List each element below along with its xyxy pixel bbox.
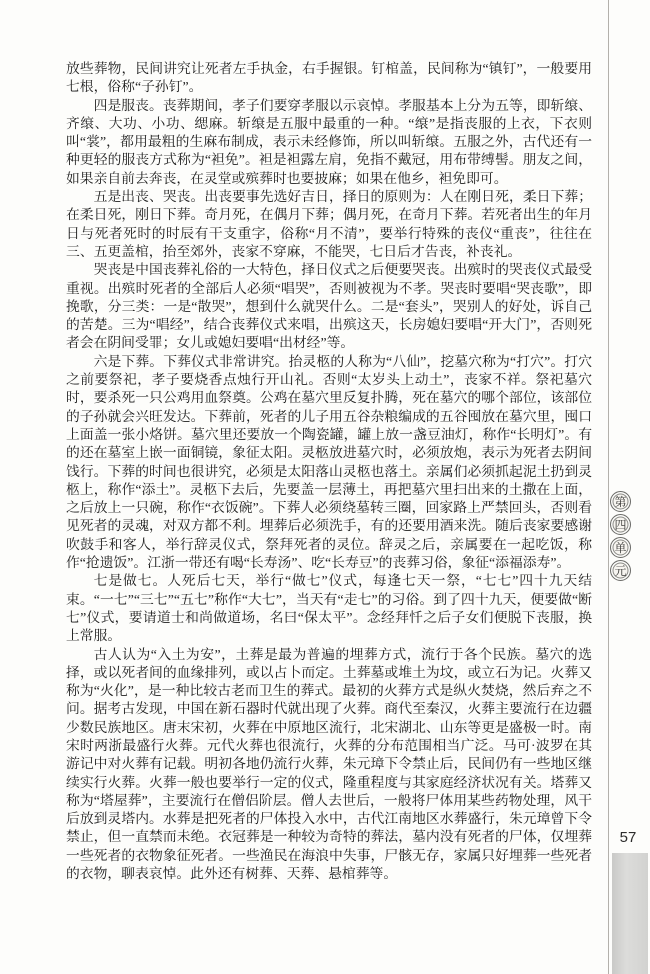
page-number: 57 <box>612 829 644 846</box>
margin-band <box>612 853 648 974</box>
paragraph: 放些葬物，民间讲究让死者左手执金，右手握银。钉棺盖，民间称为“镇钉”，一般要用七… <box>66 60 592 97</box>
unit-seal-icon: 第 <box>610 491 631 512</box>
unit-tab: 第 四 单 元 <box>610 491 632 583</box>
paragraph: 六是下葬。下葬仪式非常讲究。抬灵柩的人称为“八仙”，挖墓穴称为“打穴”。打穴之前… <box>66 353 592 573</box>
paragraph: 古人认为“入土为安”，土葬是最为普遍的埋葬方式，流行于各个民族。墓穴的选择，或以… <box>66 646 592 884</box>
unit-seal-icon: 元 <box>610 560 631 581</box>
paragraph: 五是出丧、哭丧。出丧要事先选好吉日，择日的原则为：人在刚日死，柔日下葬；在柔日死… <box>66 188 592 261</box>
paragraph: 七是做七。人死后七天，举行“做七”仪式，每逢七天一祭，“七七”四十九天结束。“一… <box>66 572 592 645</box>
body-text: 放些葬物，民间讲究让死者左手执金，右手握银。钉棺盖，民间称为“镇钉”，一般要用七… <box>66 60 592 883</box>
paragraph: 哭丧是中国丧葬礼俗的一大特色，择日仪式之后便要哭丧。出殡时的哭丧仪式最受重视。出… <box>66 261 592 352</box>
margin-rule <box>608 0 609 974</box>
unit-seal-icon: 单 <box>610 537 631 558</box>
paragraph: 四是服丧。丧葬期间，孝子们要穿孝服以示哀悼。孝服基本上分为五等，即斩缞、齐缞、大… <box>66 97 592 188</box>
unit-seal-icon: 四 <box>610 514 631 535</box>
textbook-page: 放些葬物，民间讲究让死者左手执金，右手握银。钉棺盖，民间称为“镇钉”，一般要用七… <box>0 0 650 974</box>
